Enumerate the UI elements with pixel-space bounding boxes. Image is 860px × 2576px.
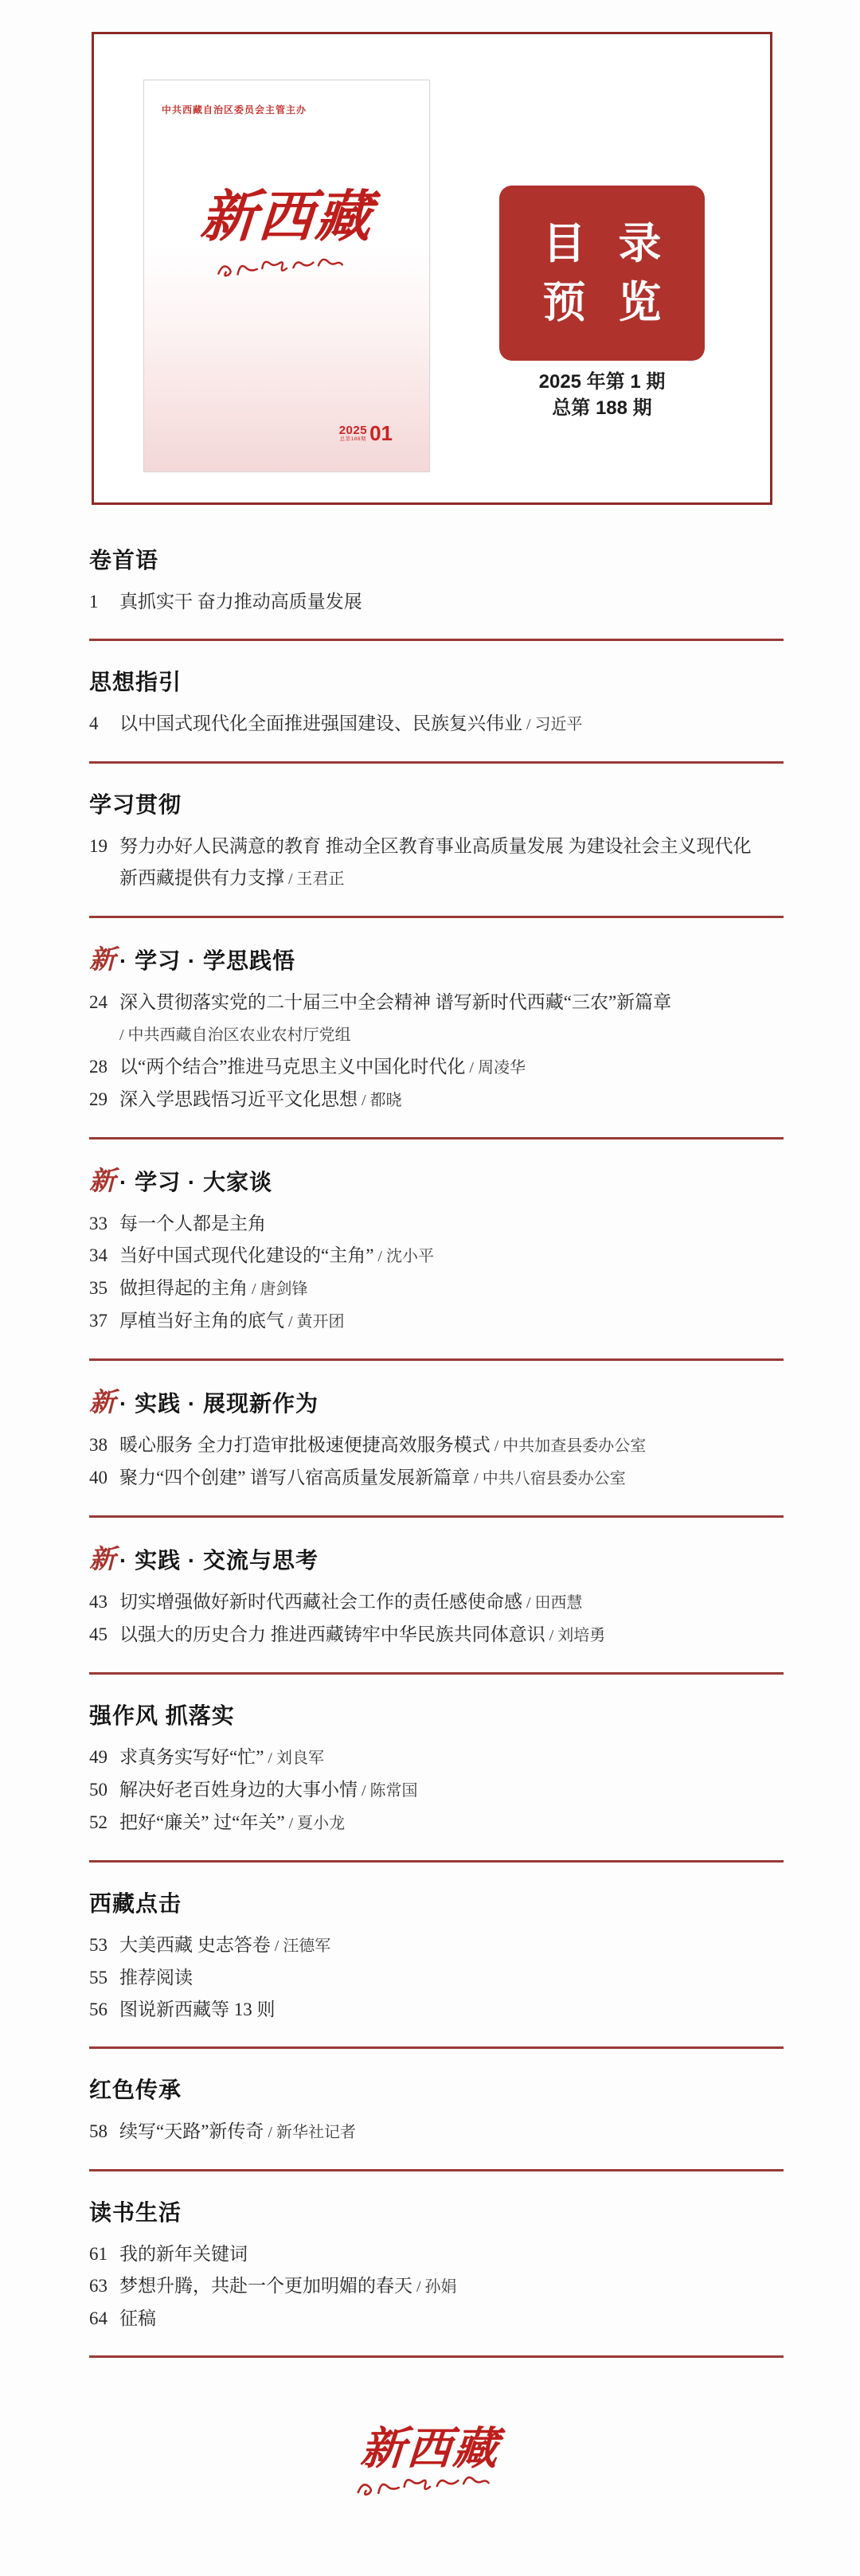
section-title: 学习贯彻	[89, 792, 182, 817]
item-page-number: 28	[89, 1051, 119, 1083]
toc-item-line: 4以中国式现代化全面推进强国建设、民族复兴伟业 / 习近平	[89, 708, 784, 741]
item-page-number: 35	[89, 1272, 119, 1304]
toc-item-line: 43切实增强做好新时代西藏社会工作的责任感使命感 / 田西慧	[89, 1586, 784, 1619]
toc-item-line: 37厚植当好主角的底气 / 黄开团	[89, 1305, 784, 1338]
toc-item-line: 55推荐阅读	[89, 1962, 784, 1994]
issue-info: 2025 年第 1 期 总第 188 期	[499, 369, 705, 421]
cover-issue-number: 01	[369, 424, 393, 442]
item-author: / 中共加查县委办公室	[491, 1437, 647, 1455]
item-author: / 沈小平	[373, 1248, 434, 1265]
section-title: 卷首语	[89, 548, 158, 573]
item-author: / 新华社记者	[264, 2124, 356, 2141]
section-heading: 新· 学习 · 大家谈	[89, 1167, 784, 1197]
item-author: / 陈常国	[358, 1782, 418, 1800]
section-heading: 读书生活	[89, 2199, 784, 2227]
toc-item-line: 64征稿	[89, 2303, 784, 2335]
tibetan-script-icon	[144, 257, 429, 285]
item-page-number: 1	[89, 586, 119, 618]
toc-item-line: 29深入学思践悟习近平文化思想 / 都晓	[89, 1084, 784, 1116]
item-page-number: 64	[89, 2303, 119, 2335]
toc-item-line: 63梦想升腾，共赴一个更加明媚的春天 / 孙娟	[89, 2270, 784, 2303]
item-title: 深入贯彻落实党的二十届三中全会精神 谱写新时代西藏“三农”新篇章	[119, 992, 671, 1012]
item-page-number: 52	[89, 1807, 119, 1839]
item-title: 每一个人都是主角	[119, 1214, 266, 1233]
xin-calligraphy-prefix: 新	[89, 1165, 116, 1196]
item-page-number: 53	[89, 1929, 119, 1961]
section-heading: 强作风 抓落实	[89, 1702, 784, 1730]
toc-section: 思想指引4以中国式现代化全面推进强国建设、民族复兴伟业 / 习近平	[89, 641, 784, 761]
cover-issue-year: 2025	[339, 424, 367, 436]
toc-section: 红色传承58续写“天路”新传奇 / 新华社记者	[89, 2049, 784, 2169]
toc-item-line: 40聚力“四个创建” 谱写八宿高质量发展新篇章 / 中共八宿县委办公室	[89, 1462, 784, 1495]
section-heading: 红色传承	[89, 2076, 784, 2105]
toc-section: 新· 学习 · 大家谈33每一个人都是主角34当好中国式现代化建设的“主角” /…	[89, 1139, 784, 1358]
preview-badge-line2: 预 览	[542, 279, 661, 326]
preview-badge-line1: 目 录	[542, 220, 661, 268]
section-heading: 学习贯彻	[89, 791, 784, 819]
toc-item-line: 58续写“天路”新传奇 / 新华社记者	[89, 2116, 784, 2148]
item-author: / 刘良军	[264, 1749, 324, 1767]
magazine-cover: 中共西藏自治区委员会主管主办 新西藏 2025 总第188期 01	[143, 80, 430, 472]
item-page-number: 38	[89, 1429, 119, 1461]
item-author: / 田西慧	[522, 1594, 583, 1612]
item-page-number: 43	[89, 1586, 119, 1618]
item-author: / 习近平	[522, 716, 583, 733]
toc-section: 新· 实践 · 展现新作为38暖心服务 全力打造审批极速便捷高效服务模式 / 中…	[89, 1361, 784, 1515]
toc-item-line: 19努力办好人民满意的教育 推动全区教育事业高质量发展 为建设社会主义现代化	[89, 831, 784, 862]
item-page-number: 4	[89, 708, 119, 740]
item-page-number: 63	[89, 2270, 119, 2302]
section-title: · 实践 · 交流与思考	[119, 1548, 319, 1573]
toc-section: 学习贯彻19努力办好人民满意的教育 推动全区教育事业高质量发展 为建设社会主义现…	[89, 764, 784, 916]
item-author: / 唐剑锋	[248, 1280, 308, 1298]
item-page-number: 56	[89, 1994, 119, 2026]
toc-item-line: 28以“两个结合”推进马克思主义中国化时代化 / 周凌华	[89, 1051, 784, 1084]
publisher-line: 中共西藏自治区委员会主管主办	[162, 103, 307, 116]
item-page-number: 45	[89, 1619, 119, 1651]
item-title: 我的新年关键词	[119, 2244, 248, 2264]
toc-item-line: 61我的新年关键词	[89, 2238, 784, 2270]
toc-section: 卷首语1真抓实干 奋力推动高质量发展	[89, 514, 784, 639]
toc-item-line: 49求真务实写好“忙” / 刘良军	[89, 1741, 784, 1774]
item-author: / 中共西藏自治区农业农村厅党组	[119, 1026, 351, 1044]
item-title: 以“两个结合”推进马克思主义中国化时代化	[119, 1057, 465, 1077]
toc-item-line: 45以强大的历史合力 推进西藏铸牢中华民族共同体意识 / 刘培勇	[89, 1619, 784, 1652]
item-title: 把好“廉关” 过“年关”	[119, 1812, 285, 1832]
toc-section: 读书生活61我的新年关键词63梦想升腾，共赴一个更加明媚的春天 / 孙娟64征稿	[89, 2171, 784, 2355]
item-title: 做担得起的主角	[119, 1278, 248, 1298]
section-title: 思想指引	[89, 670, 182, 694]
item-page-number: 58	[89, 2116, 119, 2148]
toc-section: 新· 学习 · 学思践悟24深入贯彻落实党的二十届三中全会精神 谱写新时代西藏“…	[89, 918, 784, 1137]
item-page-number: 33	[89, 1208, 119, 1240]
item-title: 大美西藏 史志答卷	[119, 1935, 271, 1955]
item-title: 图说新西藏等 13 则	[119, 1999, 276, 2019]
item-title: 厚植当好主角的底气	[119, 1311, 284, 1331]
item-title: 求真务实写好“忙”	[119, 1747, 264, 1767]
item-page-number: 29	[89, 1084, 119, 1116]
section-title: 强作风 抓落实	[89, 1703, 235, 1728]
item-title: 努力办好人民满意的教育 推动全区教育事业高质量发展 为建设社会主义现代化	[119, 836, 752, 856]
item-author: / 刘培勇	[545, 1627, 606, 1644]
toc-section: 西藏点击53大美西藏 史志答卷 / 汪德军55推荐阅读56图说新西藏等 13 则	[89, 1863, 784, 2046]
toc-item-line: 新西藏提供有力支撑 / 王君正	[89, 862, 784, 895]
xin-calligraphy-prefix: 新	[89, 1386, 116, 1417]
toc-item-line: 53大美西藏 史志答卷 / 汪德军	[89, 1929, 784, 1962]
item-page-number: 37	[89, 1305, 119, 1337]
section-heading: 新· 实践 · 展现新作为	[89, 1388, 784, 1418]
section-title: · 实践 · 展现新作为	[119, 1391, 319, 1416]
item-title: 聚力“四个创建” 谱写八宿高质量发展新篇章	[119, 1468, 470, 1487]
footer-masthead-calligraphy: 新西藏	[0, 2422, 860, 2475]
section-heading: 西藏点击	[89, 1890, 784, 1918]
section-title: 红色传承	[89, 2078, 182, 2102]
item-author: / 周凌华	[465, 1059, 526, 1077]
toc-item-line: 38暖心服务 全力打造审批极速便捷高效服务模式 / 中共加查县委办公室	[89, 1429, 784, 1462]
section-heading: 思想指引	[89, 668, 784, 697]
toc-item-line: 1真抓实干 奋力推动高质量发展	[89, 586, 784, 618]
item-title: 以中国式现代化全面推进强国建设、民族复兴伟业	[119, 713, 522, 733]
item-title: 以强大的历史合力 推进西藏铸牢中华民族共同体意识	[119, 1624, 545, 1644]
item-page-number: 24	[89, 987, 119, 1018]
item-title: 暖心服务 全力打造审批极速便捷高效服务模式	[119, 1435, 491, 1455]
issue-line-2: 总第 188 期	[499, 395, 705, 421]
toc-item-line: 50解决好老百姓身边的大事小情 / 陈常国	[89, 1774, 784, 1807]
section-title: · 学习 · 大家谈	[119, 1170, 272, 1194]
item-author: / 孙娟	[412, 2278, 457, 2296]
item-author: / 中共八宿县委办公室	[470, 1470, 626, 1487]
item-title: 续写“天路”新传奇	[119, 2121, 264, 2141]
toc-item-line: 52把好“廉关” 过“年关” / 夏小龙	[89, 1807, 784, 1839]
item-author: / 黄开团	[284, 1313, 345, 1331]
toc-item-line: 34当好中国式现代化建设的“主角” / 沈小平	[89, 1240, 784, 1272]
toc-item-line: 33每一个人都是主角	[89, 1208, 784, 1240]
item-page-number: 34	[89, 1240, 119, 1272]
toc-item-line: 35做担得起的主角 / 唐剑锋	[89, 1272, 784, 1305]
toc-item-line: / 中共西藏自治区农业农村厅党组	[89, 1018, 784, 1051]
item-author: / 汪德军	[271, 1937, 331, 1955]
item-page-number: 50	[89, 1774, 119, 1806]
issue-line-1: 2025 年第 1 期	[499, 369, 705, 395]
masthead-panel: 中共西藏自治区委员会主管主办 新西藏 2025 总第188期 01 目 录 预 …	[92, 32, 772, 505]
item-page-number: 55	[89, 1962, 119, 1994]
item-title: 推荐阅读	[119, 1968, 193, 1988]
table-of-contents: 卷首语1真抓实干 奋力推动高质量发展思想指引4以中国式现代化全面推进强国建设、民…	[89, 514, 784, 2358]
item-author: / 都晓	[358, 1092, 402, 1109]
section-title: 西藏点击	[89, 1891, 182, 1916]
item-title: 深入学思践悟习近平文化思想	[119, 1089, 358, 1109]
item-title: 当好中国式现代化建设的“主角”	[119, 1245, 373, 1265]
item-page-number: 49	[89, 1741, 119, 1773]
item-title: 真抓实干 奋力推动高质量发展	[119, 592, 362, 612]
item-title: 切实增强做好新时代西藏社会工作的责任感使命感	[119, 1592, 522, 1612]
section-title: · 学习 · 学思践悟	[119, 948, 295, 973]
item-title: 解决好老百姓身边的大事小情	[119, 1780, 358, 1800]
toc-section: 强作风 抓落实49求真务实写好“忙” / 刘良军50解决好老百姓身边的大事小情 …	[89, 1675, 784, 1860]
item-page-number: 61	[89, 2238, 119, 2270]
toc-item-line: 56图说新西藏等 13 则	[89, 1994, 784, 2026]
section-heading: 新· 实践 · 交流与思考	[89, 1545, 784, 1575]
toc-section: 新· 实践 · 交流与思考43切实增强做好新时代西藏社会工作的责任感使命感 / …	[89, 1518, 784, 1672]
section-divider	[89, 2355, 784, 2358]
section-title: 读书生活	[89, 2200, 182, 2225]
item-page-number: 19	[89, 831, 119, 862]
item-author: / 夏小龙	[285, 1815, 346, 1832]
contents-preview-badge: 目 录 预 览	[499, 186, 705, 361]
item-title: 新西藏提供有力支撑	[119, 868, 284, 888]
xin-calligraphy-prefix: 新	[89, 1543, 116, 1574]
footer-masthead-block: 新西藏	[0, 2422, 860, 2504]
section-heading: 卷首语	[89, 546, 784, 575]
toc-item-line: 24深入贯彻落实党的二十届三中全会精神 谱写新时代西藏“三农”新篇章	[89, 987, 784, 1018]
section-heading: 新· 学习 · 学思践悟	[89, 945, 784, 975]
cover-issue-block: 2025 总第188期 01	[339, 424, 393, 443]
item-title: 梦想升腾，共赴一个更加明媚的春天	[119, 2276, 412, 2296]
cover-masthead-calligraphy: 新西藏	[142, 182, 432, 251]
xin-calligraphy-prefix: 新	[89, 944, 116, 975]
item-author: / 王君正	[284, 870, 345, 888]
item-page-number: 40	[89, 1462, 119, 1494]
item-title: 征稿	[119, 2308, 156, 2328]
cover-issue-total: 总第188期	[340, 437, 366, 443]
tibetan-script-icon	[0, 2475, 860, 2504]
